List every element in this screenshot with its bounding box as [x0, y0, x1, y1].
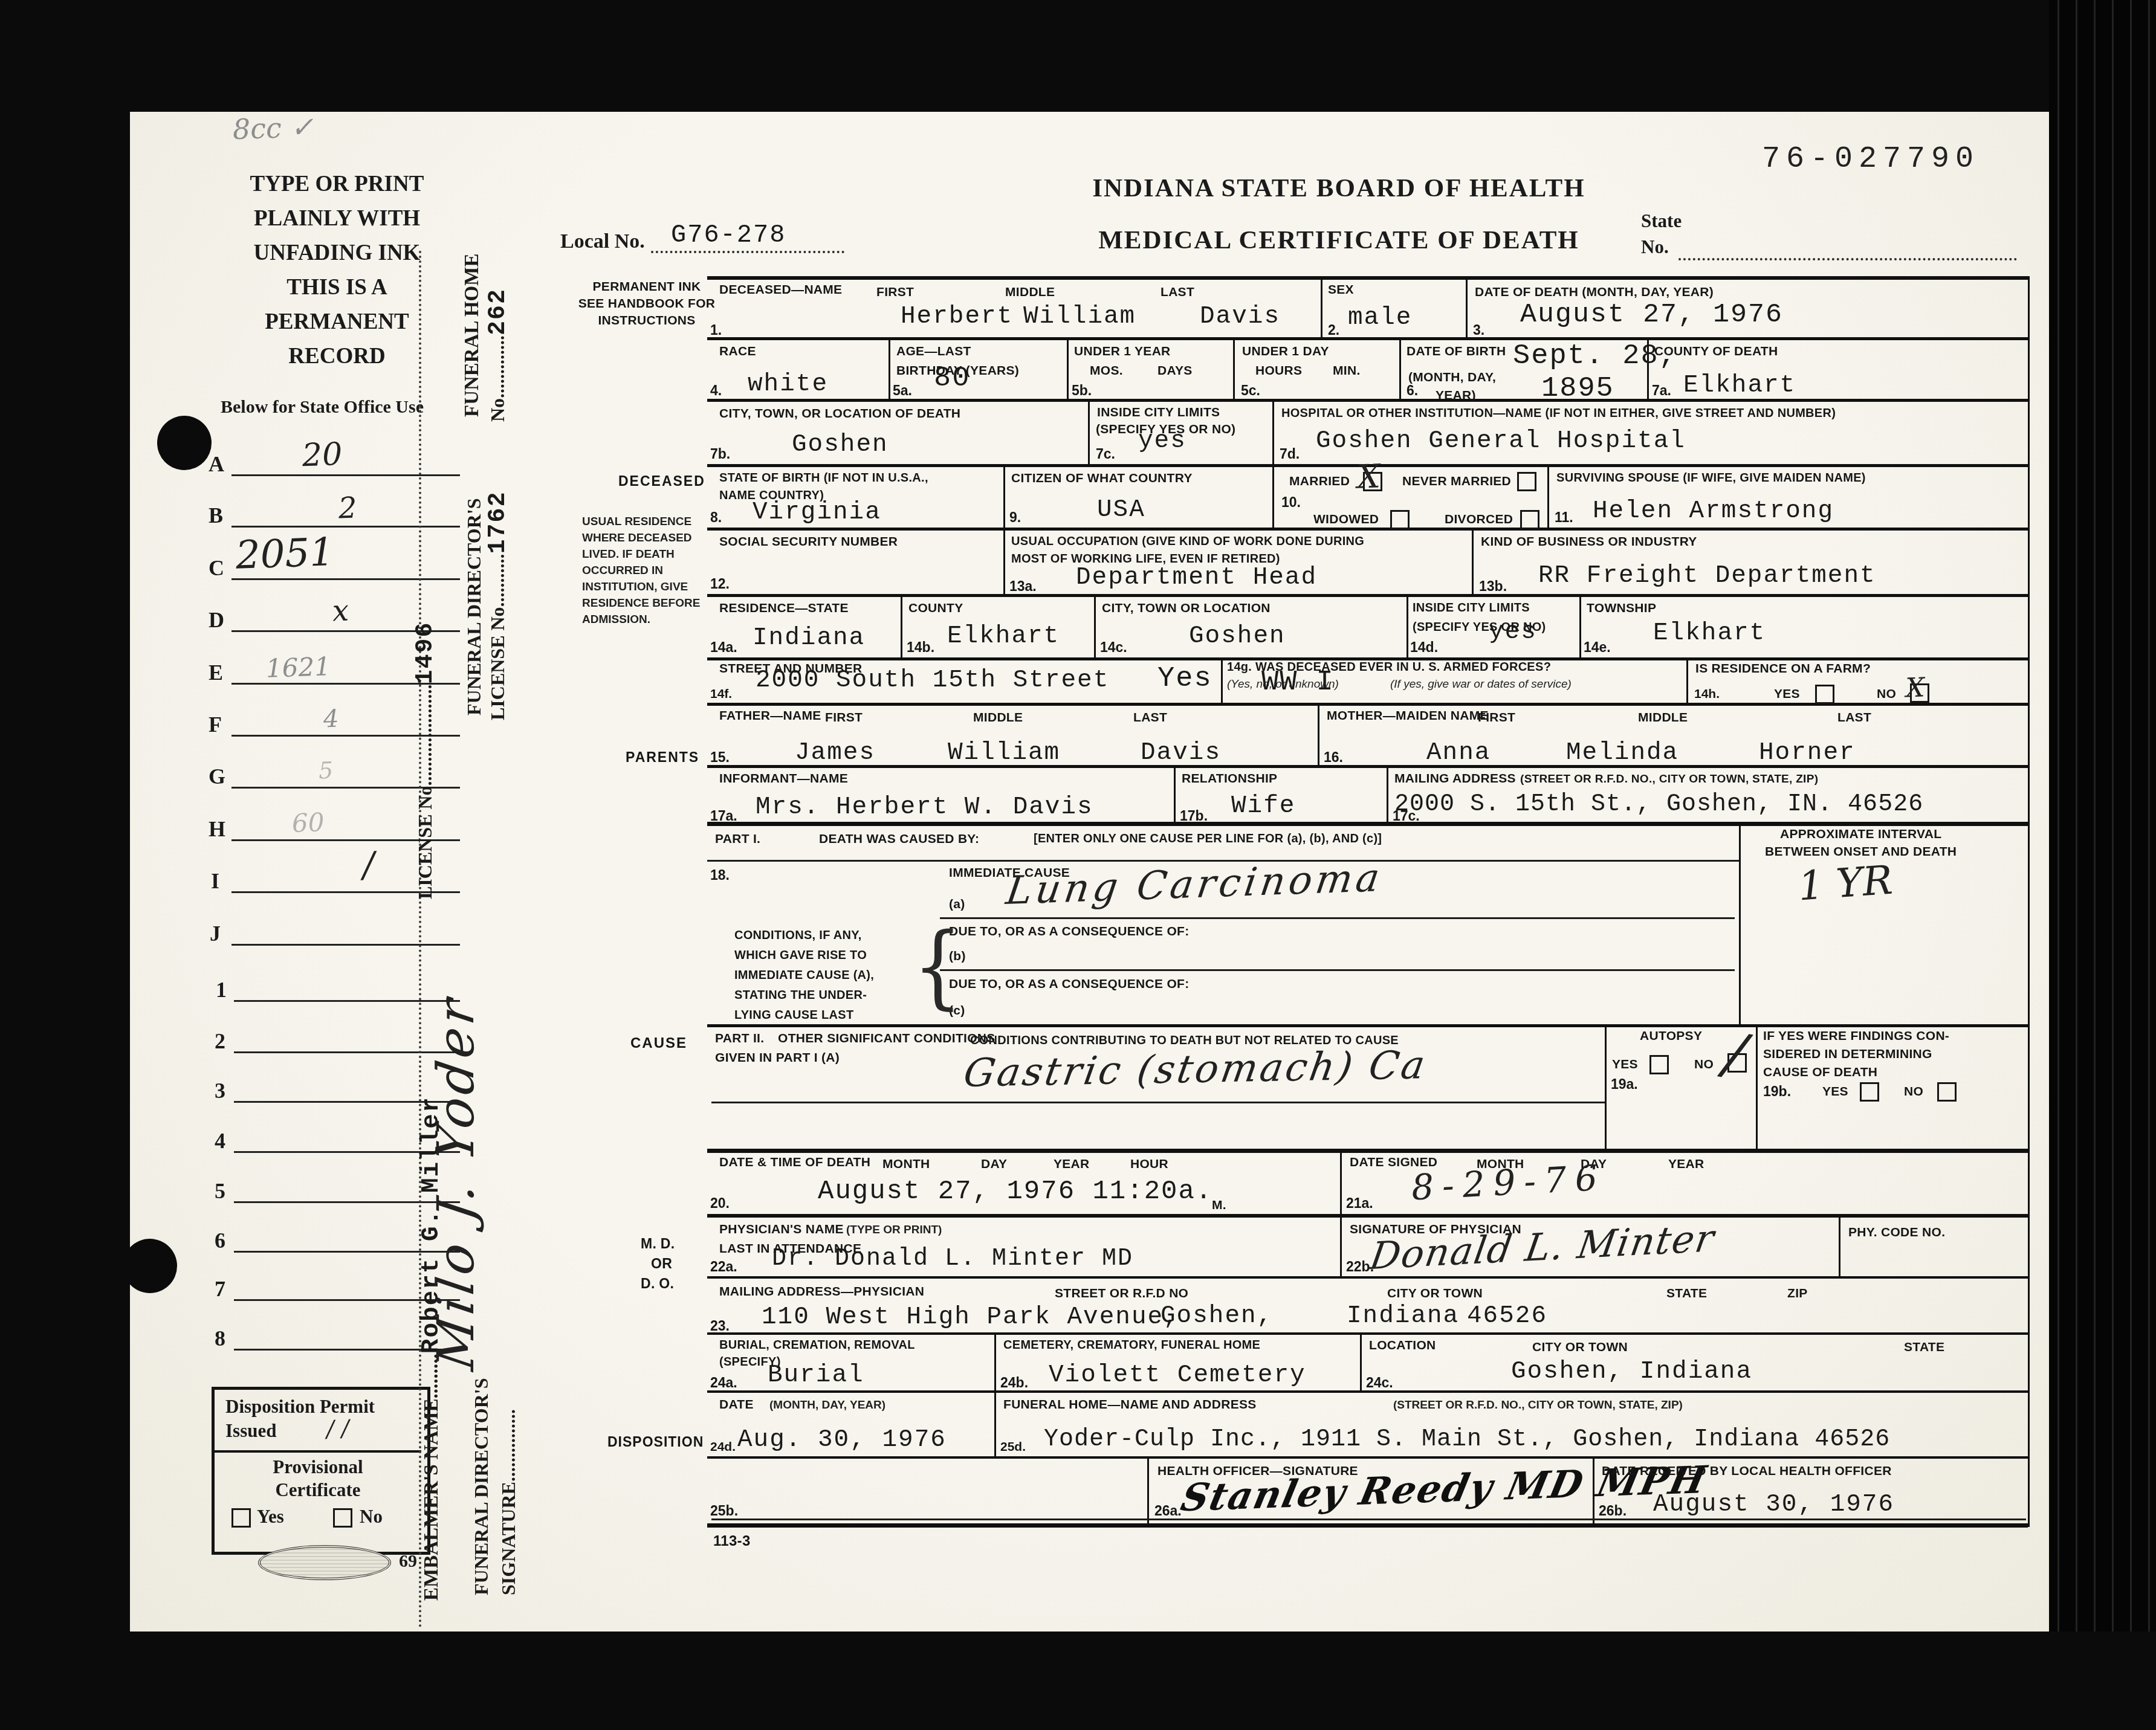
office-value-D: x	[332, 594, 349, 628]
armed-forces-war-value: WW I	[1261, 667, 1335, 699]
row-line	[231, 944, 460, 946]
interval-value: 1 YR	[1797, 857, 1894, 910]
side-md: OR	[651, 1256, 672, 1272]
seal-number: 69	[399, 1551, 417, 1572]
field-number-25d: 25d.	[1000, 1440, 1026, 1454]
board-title: INDIANA STATE BOARD OF HEALTH	[1006, 173, 1671, 203]
bottom-border	[707, 1523, 2028, 1528]
cell-border	[1318, 703, 1319, 765]
side-md: M. D.	[641, 1236, 675, 1252]
field-number-12: 12.	[710, 576, 730, 592]
under-1-year-label: UNDER 1 YEAR	[1074, 344, 1171, 359]
mother-middle-value: Melinda	[1566, 739, 1679, 767]
immediate-cause-value: Lung Carcinoma	[1003, 856, 1386, 914]
office-value-H: 60	[291, 807, 325, 838]
fh-no-number: 262	[485, 288, 512, 335]
checkbox-autopsy-yes	[1649, 1055, 1669, 1074]
year-label: YEAR	[1054, 1157, 1090, 1172]
row-num-7: 7	[215, 1276, 225, 1302]
first-name-value: Herbert	[901, 303, 1013, 331]
under-1-day-label: UNDER 1 DAY	[1242, 344, 1329, 359]
zip-label: ZIP	[1787, 1286, 1808, 1301]
type-or-print-label: (TYPE OR PRINT)	[846, 1224, 942, 1237]
informant-value: Mrs. Herbert W. Davis	[756, 793, 1093, 821]
cell-border	[1340, 1214, 1342, 1276]
autopsy-yes-label: YES	[1612, 1057, 1638, 1072]
cell-border	[1094, 594, 1096, 657]
field-number-26b: 26b.	[1599, 1503, 1627, 1519]
checkbox-findings-yes	[1860, 1082, 1879, 1102]
married-label: MARRIED	[1289, 474, 1350, 489]
physician-name-value: Dr. Donald L. Minter MD	[772, 1245, 1133, 1273]
cell-border	[1321, 276, 1322, 337]
field-number-19a: 19a.	[1611, 1076, 1638, 1093]
form-right-edge	[2028, 276, 2030, 1527]
funeral-home-sub: (STREET OR R.F.D. NO., CITY OR TOWN, STA…	[1393, 1399, 1683, 1412]
findings-no-label: NO	[1904, 1085, 1923, 1099]
field-number-7c: 7c.	[1096, 446, 1115, 462]
residence-icl-label-1: INSIDE CITY LIMITS	[1413, 601, 1530, 615]
divorced-label: DIVORCED	[1445, 512, 1513, 527]
cell-border	[1387, 765, 1388, 822]
cell-border	[994, 1390, 996, 1456]
row25-writing-line	[711, 1519, 2026, 1520]
funeral-home-name-label: FUNERAL HOME—NAME AND ADDRESS	[1003, 1398, 1257, 1412]
cell-border	[1407, 594, 1408, 657]
dob-label-2: (MONTH, DAY,	[1408, 370, 1496, 385]
funeral-director-signature: Milo J. Yoder	[426, 992, 485, 1373]
pencil-note: 8cc ✓	[232, 111, 314, 146]
cell-border	[1686, 657, 1688, 703]
row-letter-F: F	[209, 712, 222, 737]
farm-no-x-mark: X	[1905, 672, 1925, 703]
date-received-label: DATE RECEIVED BY LOCAL HEALTH OFFICER	[1602, 1464, 1892, 1479]
cell-border	[994, 1332, 996, 1390]
row-line	[231, 526, 460, 528]
checkbox-divorced	[1520, 510, 1539, 529]
middle-label: MIDDLE	[1005, 285, 1055, 300]
fd-license-no: LICENSE No...........1762	[485, 491, 512, 720]
burial-value: Burial	[768, 1361, 864, 1389]
instruction-line: THIS IS A	[202, 274, 471, 300]
street-number-value: 2000 South 15th Street	[756, 667, 1109, 694]
section-border	[707, 1149, 2028, 1153]
row-letter-B: B	[209, 503, 223, 528]
field-number-14f: 14f.	[710, 687, 732, 702]
row-letter-A: A	[209, 451, 224, 477]
office-value-E: 1621	[265, 651, 331, 683]
widowed-label: WIDOWED	[1313, 512, 1379, 527]
field-number-18: 18.	[710, 867, 730, 883]
physician-zip-value: 46526	[1467, 1302, 1547, 1330]
license-no-1496: LICENSE No.....................1496	[412, 621, 439, 899]
office-value-F: 4	[323, 705, 339, 734]
farm-label: IS RESIDENCE ON A FARM?	[1695, 662, 1871, 676]
certificate-title: MEDICAL CERTIFICATE OF DEATH	[1006, 225, 1671, 255]
permit-line1: Disposition Permit	[225, 1396, 375, 1418]
township-value: Elkhart	[1653, 619, 1766, 647]
instruction-line: PLAINLY WITH	[202, 205, 471, 231]
row-border	[707, 1332, 2028, 1335]
field-number-14a: 14a.	[710, 639, 737, 656]
row-num-2: 2	[215, 1028, 225, 1054]
field-number-3: 3.	[1473, 322, 1484, 338]
field-number-24a: 24a.	[710, 1375, 737, 1391]
dob-value-month-day: Sept. 28,	[1513, 340, 1677, 372]
first-label: FIRST	[1478, 711, 1515, 725]
cell-border	[1272, 399, 1274, 464]
scan-border-top	[0, 0, 2156, 112]
row-letter-G: G	[209, 764, 225, 789]
part2-value: Gastric (stomach) Ca	[960, 1043, 1430, 1096]
field-number-1: 1.	[710, 322, 722, 338]
permit-no-label: No	[360, 1506, 383, 1528]
cell-border	[1360, 1332, 1362, 1390]
armed-forces-sub-2: (If yes, give war or dates of service)	[1390, 678, 1572, 691]
field-number-22a: 22a.	[710, 1259, 737, 1275]
occupation-label-1: USUAL OCCUPATION (GIVE KIND OF WORK DONE…	[1011, 535, 1364, 549]
scan-border-left	[0, 0, 130, 1730]
field-number-25b: 25b.	[710, 1503, 738, 1519]
findings-border	[1756, 1024, 1758, 1149]
cause-line-b	[940, 969, 1735, 971]
age-value: 80	[934, 363, 970, 395]
father-last-value: Davis	[1141, 739, 1221, 767]
physician-name-label: PHYSICIAN'S NAME	[719, 1222, 844, 1237]
scan-border-right	[2049, 0, 2156, 1730]
union-seal	[258, 1545, 391, 1580]
state-of-birth-value: Virginia	[753, 499, 881, 526]
inside-city-limits-value: yes	[1138, 427, 1186, 455]
date-of-death-value: August 27, 1976	[1520, 299, 1783, 330]
funeral-home-value: Yoder-Culp Inc., 1911 S. Main St., Goshe…	[1044, 1426, 1890, 1453]
date-received-value: August 30, 1976	[1653, 1491, 1894, 1519]
part1-label: PART I.	[715, 832, 760, 847]
cell-border	[1466, 276, 1468, 337]
state-office-heading: Below for State Office Use	[221, 397, 424, 418]
side-md: D. O.	[641, 1276, 674, 1292]
township-label: TOWNSHIP	[1587, 601, 1656, 616]
field-number-14b: 14b.	[907, 639, 934, 656]
year-label: YEAR	[1668, 1157, 1704, 1172]
sex-value: male	[1348, 304, 1412, 332]
county-of-death-value: Elkhart	[1683, 372, 1796, 399]
phy-code-border	[1839, 1214, 1840, 1276]
autopsy-label: AUTOPSY	[1640, 1029, 1702, 1044]
phy-code-label: PHY. CODE NO.	[1848, 1225, 1945, 1240]
burial-date-value: Aug. 30, 1976	[737, 1426, 947, 1454]
city-or-town-label: CITY OR TOWN	[1387, 1286, 1483, 1301]
state-label: STATE	[1904, 1340, 1944, 1355]
race-label: RACE	[719, 344, 756, 359]
row-letter-I: I	[211, 868, 219, 894]
findings-yes-label: YES	[1822, 1085, 1848, 1099]
residence-state-value: Indiana	[753, 624, 865, 652]
cell-border	[901, 594, 902, 657]
row-border	[707, 399, 2028, 402]
state-file-stamp: 76-027790	[1762, 142, 1980, 176]
side-residence-note: USUAL RESIDENCE	[582, 515, 691, 529]
scanned-death-certificate: { "stamp_no": "76-027790", "header": { "…	[0, 0, 2156, 1730]
residence-city-label: CITY, TOWN OR LOCATION	[1102, 601, 1271, 616]
state-no-label-2: No.	[1641, 236, 1669, 258]
relationship-value: Wife	[1231, 792, 1295, 820]
field-number-20: 20.	[710, 1195, 730, 1212]
side-residence-note: WHERE DECEASED	[582, 532, 692, 545]
part2-label: PART II.	[715, 1031, 764, 1046]
date-signed-value: 8-29-76	[1410, 1157, 1607, 1209]
father-name-label: FATHER—NAME	[719, 709, 821, 723]
middle-name-value: William	[1023, 303, 1136, 331]
fd-license-number: 1762	[485, 491, 512, 554]
informant-mailing-label: MAILING ADDRESS	[1394, 772, 1516, 786]
row-border	[707, 594, 2028, 597]
age-label-1: AGE—LAST	[896, 344, 971, 359]
deceased-name-label: DECEASED—NAME	[719, 283, 842, 297]
cell-border	[1088, 399, 1090, 464]
location-label: LOCATION	[1369, 1338, 1436, 1353]
side-permanent-ink: INSTRUCTIONS	[577, 314, 716, 328]
occupation-value: Department Head	[1076, 564, 1317, 592]
burial-date-sub: (MONTH, DAY, YEAR)	[769, 1399, 885, 1412]
last-label: LAST	[1133, 711, 1167, 725]
cause-line-a	[940, 917, 1735, 919]
field-number-5a: 5a.	[893, 382, 912, 399]
row-line	[231, 474, 460, 476]
armed-forces-value: Yes	[1157, 663, 1212, 695]
city-of-death-label: CITY, TOWN, OR LOCATION OF DEATH	[719, 407, 960, 421]
enter-one-cause-note: [ENTER ONLY ONE CAUSE PER LINE FOR (a), …	[1034, 832, 1382, 846]
funeral-home-label: FUNERAL HOME	[461, 254, 484, 417]
residence-state-label: RESIDENCE—STATE	[719, 601, 849, 616]
disposition-permit-box: Disposition Permit Issued / / Provisiona…	[212, 1387, 430, 1555]
fd-license-label: LICENSE No...........	[487, 554, 508, 720]
office-value-I: /	[362, 844, 375, 886]
cell-border	[1233, 337, 1235, 399]
state-no-label-1: State	[1641, 210, 1682, 232]
physician-street-value: 110 West High Park Avenue,	[762, 1303, 1180, 1331]
inside-city-limits-label: INSIDE CITY LIMITS	[1097, 405, 1220, 420]
part2-given-label: GIVEN IN PART I (A)	[715, 1051, 840, 1065]
informant-mailing-value: 2000 S. 15th St., Goshen, IN. 46526	[1394, 791, 1923, 818]
hospital-label: HOSPITAL OR OTHER INSTITUTION—NAME (IF N…	[1281, 407, 1836, 421]
field-number-2: 2.	[1328, 322, 1339, 338]
local-no-line	[651, 230, 844, 253]
citizen-label: CITIZEN OF WHAT COUNTRY	[1011, 471, 1193, 486]
state-no-line	[1679, 237, 2017, 260]
cemetery-value: Violett Cemetery	[1049, 1361, 1306, 1389]
row-border	[707, 1456, 2028, 1459]
fh-no-label: No.............	[487, 335, 508, 422]
field-number-17a: 17a.	[710, 808, 737, 824]
field-number-14d: 14d.	[1410, 639, 1438, 656]
informant-label: INFORMANT—NAME	[719, 772, 848, 786]
field-number-14h: 14h.	[1694, 687, 1720, 702]
citizen-value: USA	[1097, 496, 1145, 524]
day-label: DAY	[981, 1157, 1007, 1172]
side-disposition: DISPOSITION	[607, 1434, 704, 1450]
field-number-24b: 24b.	[1000, 1375, 1028, 1391]
field-number-9: 9.	[1009, 509, 1021, 526]
dob-label-3: YEAR)	[1436, 389, 1476, 403]
fd-signature-label1: FUNERAL DIRECTOR'S	[470, 1378, 493, 1595]
scan-border-bottom	[0, 1632, 2156, 1730]
field-number-17b: 17b.	[1180, 808, 1208, 824]
father-middle-value: William	[948, 739, 1060, 767]
last-label: LAST	[1161, 285, 1194, 300]
row-letter-E: E	[209, 660, 223, 685]
cell-border	[1472, 528, 1474, 594]
conditions-note: WHICH GAVE RISE TO	[734, 949, 867, 963]
field-number-6: 6.	[1407, 382, 1418, 399]
field-number-5c: 5c.	[1241, 382, 1260, 399]
relationship-label: RELATIONSHIP	[1182, 772, 1277, 786]
license-number: 1496	[412, 621, 439, 684]
physician-city-value: Goshen,	[1161, 1302, 1273, 1330]
due-to-label-1: DUE TO, OR AS A CONSEQUENCE OF:	[949, 925, 1189, 939]
checkbox-widowed	[1390, 510, 1410, 529]
cell-border	[1399, 337, 1401, 399]
field-number-13a: 13a.	[1009, 578, 1037, 595]
instruction-line: UNFADING INK	[202, 240, 471, 266]
permit-line4: Certificate	[215, 1479, 421, 1501]
row-letter-C: C	[209, 555, 224, 581]
caused-by-label: DEATH WAS CAUSED BY:	[819, 832, 979, 847]
row-border	[707, 1214, 2028, 1218]
row-letter-J: J	[210, 921, 221, 946]
married-x-mark: X	[1356, 457, 1381, 495]
farm-no-label: NO	[1877, 687, 1896, 702]
permit-line2: Issued	[225, 1420, 276, 1442]
business-label: KIND OF BUSINESS OR INDUSTRY	[1481, 535, 1697, 549]
race-value: white	[748, 370, 828, 398]
part2-line	[711, 1102, 1605, 1103]
due-to-label-2: DUE TO, OR AS A CONSEQUENCE OF:	[949, 977, 1189, 992]
checkbox-provisional-no	[333, 1508, 352, 1528]
permit-divider	[215, 1450, 421, 1453]
residence-county-value: Elkhart	[947, 622, 1060, 650]
field-number-19b: 19b.	[1763, 1083, 1791, 1100]
interval-label-1: APPROXIMATE INTERVAL	[1780, 827, 1941, 842]
middle-label: MIDDLE	[1638, 711, 1688, 725]
field-number-13b: 13b.	[1479, 578, 1507, 595]
row-border	[707, 276, 2028, 280]
never-married-label: NEVER MARRIED	[1402, 474, 1511, 489]
side-residence-note: ADMISSION.	[582, 613, 650, 627]
field-number-24c: 24c.	[1366, 1375, 1393, 1391]
form-number: 113-3	[713, 1533, 751, 1550]
row-letter-D: D	[209, 607, 224, 633]
certificate-page: 76-027790 INDIANA STATE BOARD OF HEALTH …	[130, 112, 2049, 1632]
license-label: LICENSE No.....................	[414, 684, 436, 899]
meridian-label: M.	[1212, 1198, 1226, 1213]
fd-signature-label2: SIGNATURE...............	[497, 1409, 520, 1595]
side-residence-note: RESIDENCE BEFORE	[582, 597, 700, 610]
date-time-death-value: August 27, 1976 11:20a.	[818, 1176, 1212, 1207]
date-time-death-label: DATE & TIME OF DEATH	[719, 1155, 870, 1170]
cell-border	[1174, 765, 1176, 822]
field-number-14e: 14e.	[1584, 639, 1611, 656]
burial-location-value: Goshen, Indiana	[1511, 1358, 1752, 1386]
field-number-8: 8.	[710, 509, 722, 526]
cell-border	[1067, 337, 1069, 399]
farm-yes-label: YES	[1774, 687, 1800, 702]
field-number-24d: 24d.	[710, 1440, 736, 1454]
permit-line3: Provisional	[215, 1456, 421, 1478]
field-number-23: 23.	[710, 1318, 730, 1334]
row-num-5: 5	[215, 1178, 225, 1204]
hospital-value: Goshen General Hospital	[1316, 427, 1686, 455]
cell-border	[1547, 464, 1549, 528]
street-rfd-label: STREET OR R.F.D NO	[1055, 1286, 1188, 1301]
field-number-14c: 14c.	[1100, 639, 1127, 656]
middle-label: MIDDLE	[973, 711, 1023, 725]
mailing-address-physician-label: MAILING ADDRESS—PHYSICIAN	[719, 1285, 924, 1299]
checkbox-provisional-yes	[231, 1508, 251, 1528]
residence-city-value: Goshen	[1189, 622, 1286, 650]
instruction-line: PERMANENT	[202, 309, 471, 335]
checkbox-findings-no	[1937, 1082, 1957, 1102]
days-label: DAYS	[1157, 364, 1193, 378]
field-number-7d: 7d.	[1280, 446, 1300, 462]
row-border	[707, 1024, 2028, 1027]
findings-label-1: IF YES WERE FINDINGS CON-	[1763, 1029, 1949, 1044]
row-num-1: 1	[216, 977, 227, 1002]
mos-label: MOS.	[1090, 364, 1123, 378]
hour-label: HOUR	[1130, 1157, 1168, 1172]
funeral-directors-label: FUNERAL DIRECTOR'S	[463, 499, 485, 715]
side-cause: CAUSE	[630, 1035, 687, 1052]
state-of-birth-label-1: STATE OF BIRTH (IF NOT IN U.S.A.,	[719, 471, 928, 485]
side-residence-note: OCCURRED IN	[582, 564, 663, 578]
section-border	[707, 822, 2028, 826]
business-value: RR Freight Department	[1538, 562, 1876, 590]
side-residence-note: LIVED. IF DEATH	[582, 548, 675, 561]
dob-label-1: DATE OF BIRTH	[1407, 344, 1506, 359]
field-number-15: 15.	[710, 749, 730, 766]
month-label: MONTH	[882, 1157, 930, 1172]
checkbox-never-married	[1517, 472, 1536, 491]
father-first-value: James	[795, 739, 875, 767]
side-parents: PARENTS	[626, 749, 699, 766]
row-letter-H: H	[209, 816, 225, 842]
interval-column-border	[1739, 822, 1741, 1024]
date-of-death-label: DATE OF DEATH (MONTH, DAY, YEAR)	[1475, 285, 1714, 300]
informant-mailing-sub: (STREET OR R.F.D. NO., CITY OR TOWN, STA…	[1520, 773, 1818, 786]
physician-state-value: Indiana	[1347, 1302, 1459, 1330]
local-no-label: Local No.	[560, 230, 645, 253]
sex-label: SEX	[1328, 283, 1354, 297]
conditions-note: CONDITIONS, IF ANY,	[734, 929, 862, 943]
hours-label: HOURS	[1255, 364, 1302, 378]
last-name-value: Davis	[1200, 303, 1280, 331]
row-num-8: 8	[215, 1326, 225, 1351]
cell-border	[1221, 657, 1223, 703]
field-number-21a: 21a.	[1346, 1195, 1373, 1212]
dob-value-year: 1895	[1541, 373, 1614, 405]
side-permanent-ink: PERMANENT INK	[577, 280, 716, 294]
field-number-11: 11.	[1555, 509, 1573, 526]
conditions-note: IMMEDIATE CAUSE (A),	[734, 969, 874, 983]
row-num-6: 6	[215, 1228, 225, 1253]
surviving-spouse-value: Helen Armstrong	[1593, 497, 1834, 525]
side-deceased: DECEASED	[618, 473, 705, 489]
conditions-note: LYING CAUSE LAST	[734, 1009, 853, 1022]
autopsy-border	[1605, 1024, 1607, 1149]
conditions-note: STATING THE UNDER-	[734, 989, 867, 1002]
row-num-4: 4	[215, 1128, 225, 1154]
first-label: FIRST	[876, 285, 914, 300]
